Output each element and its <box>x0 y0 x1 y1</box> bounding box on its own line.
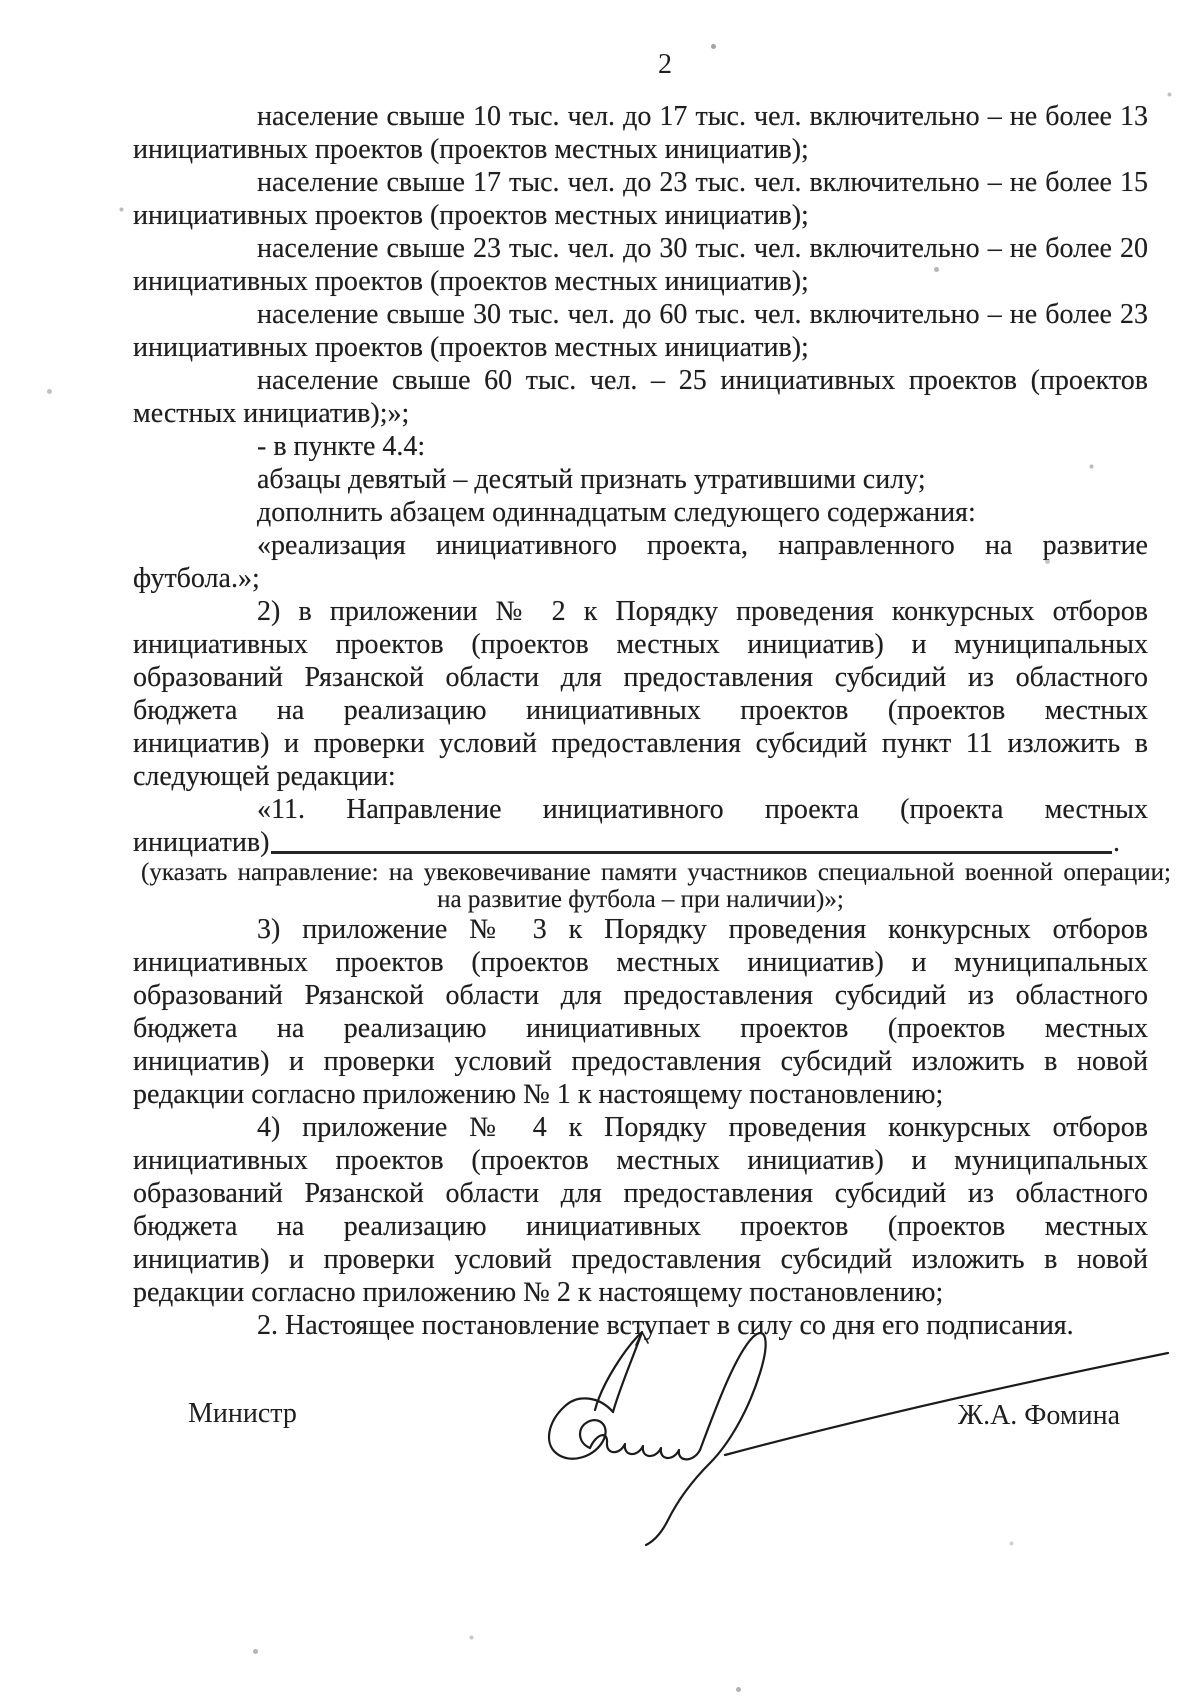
scan-noise-specks <box>0 0 3 3</box>
text-line: инициативных проектов (проектов местных … <box>133 265 1148 298</box>
text-line: 3) приложение № 3 к Порядку проведения к… <box>133 913 1148 946</box>
handwritten-signature-icon <box>540 1315 1190 1565</box>
text-line: инициативных проектов (проектов местных … <box>133 199 1148 232</box>
blank-field-period: . <box>1113 826 1120 859</box>
text-line: следующей редакции: <box>133 760 1148 793</box>
text-line: дополнить абзацем одиннадцатым следующег… <box>133 496 1148 529</box>
text-line: образований Рязанской области для предос… <box>133 979 1148 1012</box>
text-line: 4) приложение № 4 к Порядку проведения к… <box>133 1111 1148 1144</box>
text-line: редакции согласно приложению № 2 к насто… <box>133 1276 1148 1309</box>
blank-field-line: инициатив). <box>133 826 1120 859</box>
text-line: 2) в приложении № 2 к Порядку проведения… <box>133 595 1148 628</box>
text-line: абзацы девятый – десятый признать утрати… <box>133 463 1148 496</box>
text-line: «11. Направление инициативного проекта (… <box>133 793 1148 826</box>
blank-field-label: инициатив) <box>133 826 269 859</box>
text-line: инициативных проектов (проектов местных … <box>133 946 1148 979</box>
document-body: население свыше 10 тыс. чел. до 17 тыс. … <box>133 100 1148 1342</box>
text-line: (указать направление: на увековечивание … <box>141 859 1171 886</box>
text-line: инициатив) и проверки условий предоставл… <box>133 1045 1148 1078</box>
text-line: население свыше 10 тыс. чел. до 17 тыс. … <box>133 100 1148 133</box>
page-number: 2 <box>658 50 672 80</box>
text-line: местных инициатив);»; <box>133 397 1148 430</box>
text-line: инициативных проектов (проектов местных … <box>133 1144 1148 1177</box>
text-line: инициатив) и проверки условий предоставл… <box>133 727 1148 760</box>
text-line: на развитие футбола – при наличии)»; <box>133 886 1148 913</box>
signer-name: Ж.А. Фомина <box>958 1400 1120 1432</box>
minister-role-label: Министр <box>188 1398 297 1430</box>
text-line: население свыше 30 тыс. чел. до 60 тыс. … <box>133 298 1148 331</box>
text-line: образований Рязанской области для предос… <box>133 1177 1148 1210</box>
text-line: население свыше 23 тыс. чел. до 30 тыс. … <box>133 232 1148 265</box>
text-line: население свыше 17 тыс. чел. до 23 тыс. … <box>133 166 1148 199</box>
text-line: - в пункте 4.4: <box>133 430 1148 463</box>
text-line: бюджета на реализацию инициативных проек… <box>133 694 1148 727</box>
text-line: редакции согласно приложению № 1 к насто… <box>133 1078 1148 1111</box>
text-line: население свыше 60 тыс. чел. – 25 инициа… <box>133 364 1148 397</box>
text-line: инициативных проектов (проектов местных … <box>133 133 1148 166</box>
blank-field-rule <box>271 826 1112 854</box>
text-line: инициатив) и проверки условий предоставл… <box>133 1243 1148 1276</box>
text-line: инициативных проектов (проектов местных … <box>133 628 1148 661</box>
scanned-document-page: 2 население свыше 10 тыс. чел. до 17 тыс… <box>0 0 1200 1697</box>
text-line: бюджета на реализацию инициативных проек… <box>133 1210 1148 1243</box>
text-line: бюджета на реализацию инициативных проек… <box>133 1012 1148 1045</box>
text-line: 2. Настоящее постановление вступает в си… <box>133 1309 1148 1342</box>
text-line: инициативных проектов (проектов местных … <box>133 331 1148 364</box>
text-line: футбола.»; <box>133 562 1148 595</box>
text-line: образований Рязанской области для предос… <box>133 661 1148 694</box>
text-line: «реализация инициативного проекта, напра… <box>133 529 1148 562</box>
